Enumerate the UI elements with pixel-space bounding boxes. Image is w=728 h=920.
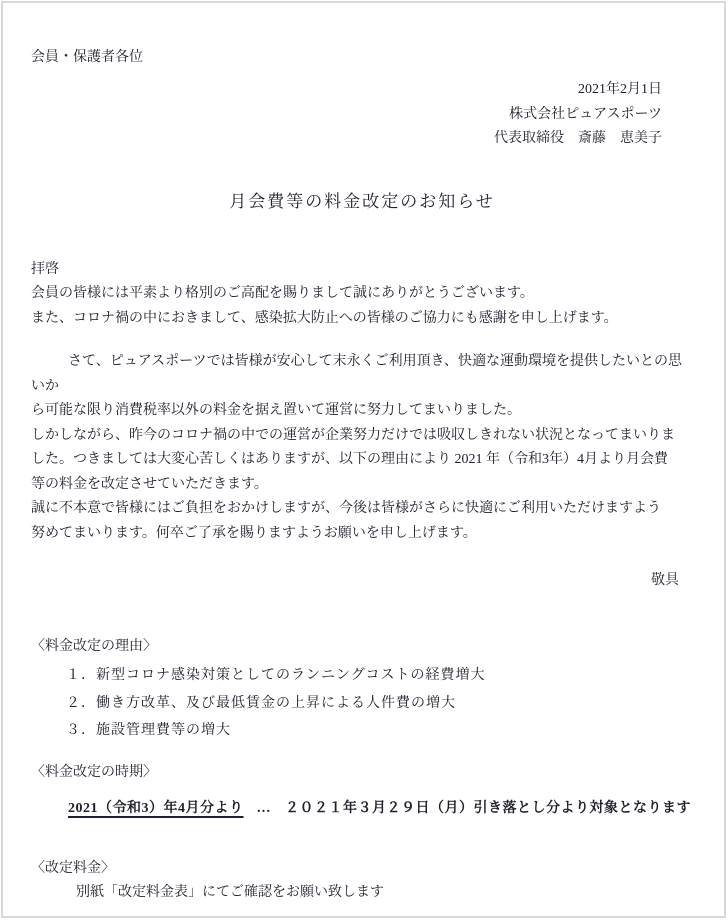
body-line: した。つきましては大変心苦しくはありますが、以下の理由により 2021 年（令和… (31, 448, 693, 473)
reason-item: １．新型コロナ感染対策としてのランニングコストの経費増大 (66, 662, 693, 690)
timing-detail: ２０２１年３月２９日（月）引き落とし分より対象となります (285, 801, 691, 816)
document-title: 月会費等の料金改定のお知らせ (31, 190, 693, 214)
closing-word: 敬具 (31, 569, 693, 594)
reasons-section: 〈料金改定の理由〉 １．新型コロナ感染対策としてのランニングコストの経費増大 ２… (31, 635, 693, 745)
reason-item: ３．施設管理費等の増大 (66, 717, 693, 745)
date-line: 2021年2月1日 (31, 78, 662, 103)
reasons-heading: 〈料金改定の理由〉 (31, 635, 693, 660)
ellipsis-separator: … (257, 801, 272, 816)
revised-fee-heading: 〈改定料金〉 (31, 857, 693, 882)
body-line: ら可能な限り消費税率以外の料金を据え置いて運営に努力してまいりました。 (31, 399, 693, 424)
timing-section: 〈料金改定の時期〉 2021（令和3）年4月分より…２０２１年３月２９日（月）引… (31, 761, 693, 822)
document-page: 会員・保護者各位 2021年2月1日 株式会社ピュアスポーツ 代表取締役 斎藤 … (1, 1, 726, 918)
company-line: 株式会社ピュアスポーツ (31, 103, 662, 128)
reason-item: ２．働き方改革、及び最低賃金の上昇による人件費の増大 (66, 690, 693, 718)
timing-effective-date: 2021（令和3）年4月分より (68, 801, 244, 816)
body-line: しかしながら、昨今のコロナ禍の中での運営が企業努力だけでは吸収しきれない状況とな… (31, 424, 693, 449)
body-line: さて、ピュアスポーツでは皆様が安心して末永くご利用頂き、快適な運動環境を提供した… (31, 350, 693, 399)
opening-paragraph: 拝啓 会員の皆様には平素より格別のご高配を賜りまして誠にありがとうございます。 … (31, 258, 693, 332)
revised-fee-note: 別紙「改定料金表」にてご確認をお願い致します (76, 881, 693, 906)
document-content: 会員・保護者各位 2021年2月1日 株式会社ピュアスポーツ 代表取締役 斎藤 … (3, 49, 724, 906)
body-line: 努めてまいります。何卒ご了承を賜りますようお願いを申し上げます。 (31, 522, 693, 547)
main-paragraph: さて、ピュアスポーツでは皆様が安心して末永くご利用頂き、快適な運動環境を提供した… (31, 350, 693, 546)
greeting: 拝啓 (31, 258, 693, 283)
sender-block: 2021年2月1日 株式会社ピュアスポーツ 代表取締役 斎藤 恵美子 (31, 78, 693, 152)
timing-line: 2021（令和3）年4月分より…２０２１年３月２９日（月）引き落とし分より対象と… (68, 797, 693, 822)
timing-heading: 〈料金改定の時期〉 (31, 761, 693, 786)
body-line: 会員の皆様には平素より格別のご高配を賜りまして誠にありがとうございます。 (31, 282, 693, 307)
revised-fee-section: 〈改定料金〉 別紙「改定料金表」にてご確認をお願い致します (31, 857, 693, 906)
recipient-line: 会員・保護者各位 (31, 49, 693, 67)
representative-line: 代表取締役 斎藤 恵美子 (31, 127, 662, 152)
reasons-list: １．新型コロナ感染対策としてのランニングコストの経費増大 ２．働き方改革、及び最… (66, 662, 693, 745)
body-line: また、コロナ禍の中におきまして、感染拡大防止への皆様のご協力にも感謝を申し上げま… (31, 307, 693, 332)
body-line: 等の料金を改定させていただきます。 (31, 473, 693, 498)
body-line: 誠に不本意で皆様にはご負担をおかけしますが、今後は皆様がさらに快適にご利用いただ… (31, 497, 693, 522)
